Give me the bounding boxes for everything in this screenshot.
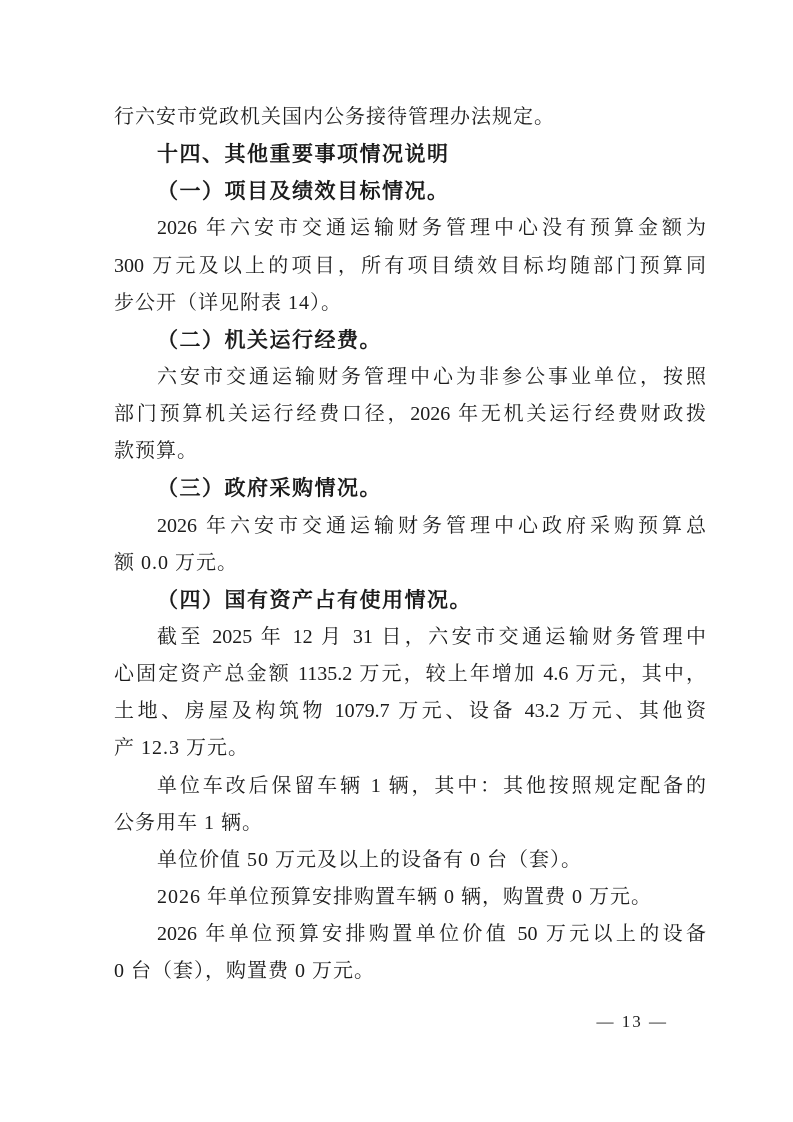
text-line: （一）项目及绩效目标情况。 bbox=[114, 173, 706, 210]
text-line: 单位价值 50 万元及以上的设备有 0 台（套）。 bbox=[114, 842, 706, 879]
text-line: 六安市交通运输财务管理中心为非参公事业单位，按照 bbox=[114, 359, 706, 396]
text-line: 行六安市党政机关国内公务接待管理办法规定。 bbox=[114, 99, 706, 136]
text-line: 部门预算机关运行经费口径，2026 年无机关运行经费财政拨 bbox=[114, 396, 706, 433]
text-line: 2026 年单位预算安排购置车辆 0 辆，购置费 0 万元。 bbox=[114, 879, 706, 916]
document-page: 行六安市党政机关国内公务接待管理办法规定。十四、其他重要事项情况说明（一）项目及… bbox=[0, 0, 793, 1122]
text-line: 300 万元及以上的项目，所有项目绩效目标均随部门预算同 bbox=[114, 248, 706, 285]
page-number: — 13 — bbox=[597, 1012, 669, 1032]
text-line: 2026 年单位预算安排购置单位价值 50 万元以上的设备 bbox=[114, 916, 706, 953]
text-line: 土地、房屋及构筑物 1079.7 万元、设备 43.2 万元、其他资 bbox=[114, 693, 706, 730]
text-line: 十四、其他重要事项情况说明 bbox=[114, 136, 706, 173]
text-line: （二）机关运行经费。 bbox=[114, 322, 706, 359]
text-line: （三）政府采购情况。 bbox=[114, 470, 706, 507]
text-line: 0 台（套），购置费 0 万元。 bbox=[114, 953, 706, 990]
text-line: 单位车改后保留车辆 1 辆，其中：其他按照规定配备的 bbox=[114, 768, 706, 805]
text-line: （四）国有资产占有使用情况。 bbox=[114, 582, 706, 619]
text-line: 2026 年六安市交通运输财务管理中心没有预算金额为 bbox=[114, 210, 706, 247]
text-line: 额 0.0 万元。 bbox=[114, 545, 706, 582]
text-line: 截至 2025 年 12 月 31 日，六安市交通运输财务管理中 bbox=[114, 619, 706, 656]
text-line: 心固定资产总金额 1135.2 万元，较上年增加 4.6 万元，其中， bbox=[114, 656, 706, 693]
text-line: 公务用车 1 辆。 bbox=[114, 805, 706, 842]
text-line: 2026 年六安市交通运输财务管理中心政府采购预算总 bbox=[114, 508, 706, 545]
text-line: 步公开（详见附表 14）。 bbox=[114, 285, 706, 322]
text-line: 产 12.3 万元。 bbox=[114, 730, 706, 767]
document-content: 行六安市党政机关国内公务接待管理办法规定。十四、其他重要事项情况说明（一）项目及… bbox=[114, 99, 706, 990]
text-line: 款预算。 bbox=[114, 433, 706, 470]
